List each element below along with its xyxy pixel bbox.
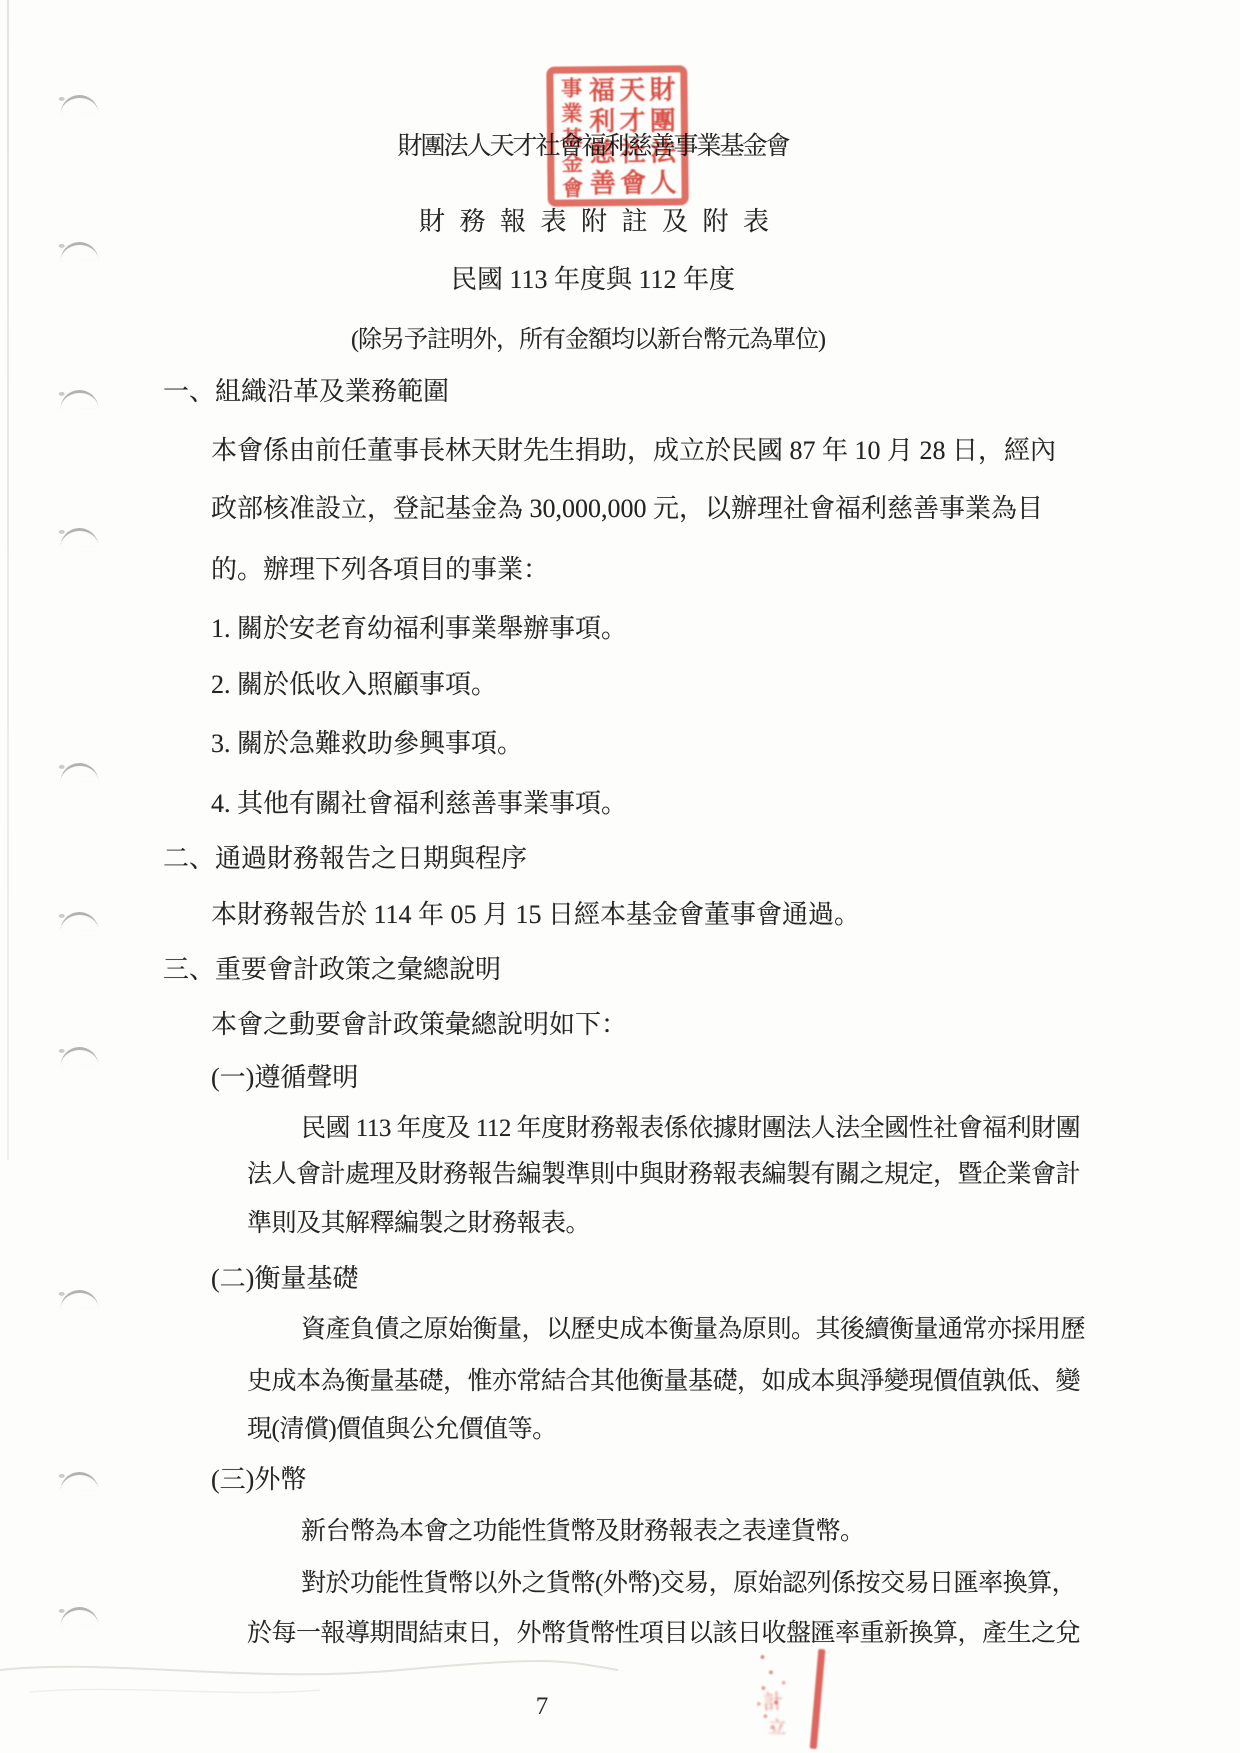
list-item-4: 4. 其他有關社會福利慈善事業事項。 xyxy=(211,788,627,820)
foundation-seal-stamp: 事業基金會福利慈善天才社會財團法人 xyxy=(546,65,688,206)
seal-column: 天才社會 xyxy=(617,75,649,197)
binding-hole xyxy=(60,527,99,548)
binding-hole xyxy=(60,389,99,410)
binding-hole xyxy=(60,911,99,932)
seal-column: 事業基金會 xyxy=(556,75,588,197)
binding-hole xyxy=(60,241,99,262)
stamp-fragment: 立 xyxy=(768,1713,787,1740)
binding-hole xyxy=(60,94,99,115)
paragraph: 政部核准設立，登記基金為 30,000,000 元，以辦理社會福利慈善事業為目 xyxy=(211,493,1043,525)
paragraph: 現(清償)價值與公允價值等。 xyxy=(247,1414,557,1446)
section-2-heading: 二、通過財務報告之日期與程序 xyxy=(163,843,527,875)
list-item-2: 2. 關於低收入照顧事項。 xyxy=(211,669,497,701)
subsection-3-heading: (三)外幣 xyxy=(211,1464,306,1496)
page-number: 7 xyxy=(522,1693,562,1721)
partial-seal-stamp: 計立 xyxy=(751,1647,829,1753)
subsection-1-heading: (一)遵循聲明 xyxy=(211,1062,358,1094)
currency-note: (除另予註明外，所有金額均以新台幣元為單位) xyxy=(0,324,1176,356)
paragraph: 本會之動要會計政策彙總說明如下： xyxy=(211,1009,627,1041)
paragraph: 新台幣為本會之功能性貨幣及財務報表之表達貨幣。 xyxy=(301,1516,865,1548)
stamp-speckles xyxy=(760,1655,764,1659)
seal-column: 財團法人 xyxy=(647,74,679,196)
list-item-3: 3. 關於急難救助參興事項。 xyxy=(211,728,523,760)
binding-hole xyxy=(60,762,99,783)
paragraph: 本財務報告於 114 年 05 月 15 日經本基金會董事會通過。 xyxy=(211,899,860,931)
paragraph: 資產負債之原始衡量，以歷史成本衡量為原則。其後續衡量通常亦採用歷 xyxy=(301,1314,1085,1346)
binding-hole xyxy=(60,1289,99,1310)
section-3-heading: 三、重要會計政策之彙總說明 xyxy=(163,954,501,986)
paragraph: 準則及其解釋編製之財務報表。 xyxy=(247,1208,590,1240)
section-1-heading: 一、組織沿革及業務範圍 xyxy=(163,376,449,408)
paragraph: 史成本為衡量基礎，惟亦常結合其他衡量基礎，如成本與淨變現價值孰低、變 xyxy=(247,1366,1080,1398)
page-edge-shadow xyxy=(7,0,9,1160)
paragraph: 對於功能性貨幣以外之貨幣(外幣)交易，原始認列係按交易日匯率換算， xyxy=(301,1568,1076,1600)
seal-column: 福利慈善 xyxy=(587,75,619,197)
binding-hole xyxy=(60,1606,99,1627)
doc-title: 財 務 報 表 附 註 及 附 表 xyxy=(0,206,1192,238)
binding-hole xyxy=(60,1046,99,1067)
paragraph: 的。辦理下列各項目的事業： xyxy=(211,554,549,586)
fiscal-years: 民國 113 年度與 112 年度 xyxy=(0,264,1186,296)
paragraph: 本會係由前任董事長林天財先生捐助，成立於民國 87 年 10 月 28 日，經內 xyxy=(211,435,1056,467)
subsection-2-heading: (二)衡量基礎 xyxy=(211,1263,358,1295)
scanned-document-page: 財團法人天才社會福利慈善事業基金會財 務 報 表 附 註 及 附 表民國 113… xyxy=(0,0,1240,1753)
stamp-fragment: 計 xyxy=(762,1685,784,1715)
paragraph: 法人會計處理及財務報告編製準則中與財務報表編製有關之規定，暨企業會計 xyxy=(247,1159,1080,1191)
stamp-edge-mark xyxy=(810,1649,826,1749)
paragraph: 民國 113 年度及 112 年度財務報表係依據財團法人法全國性社會福利財團 xyxy=(301,1113,1080,1145)
list-item-1: 1. 關於安老育幼福利事業舉辦事項。 xyxy=(211,613,627,645)
binding-hole xyxy=(60,1471,99,1492)
